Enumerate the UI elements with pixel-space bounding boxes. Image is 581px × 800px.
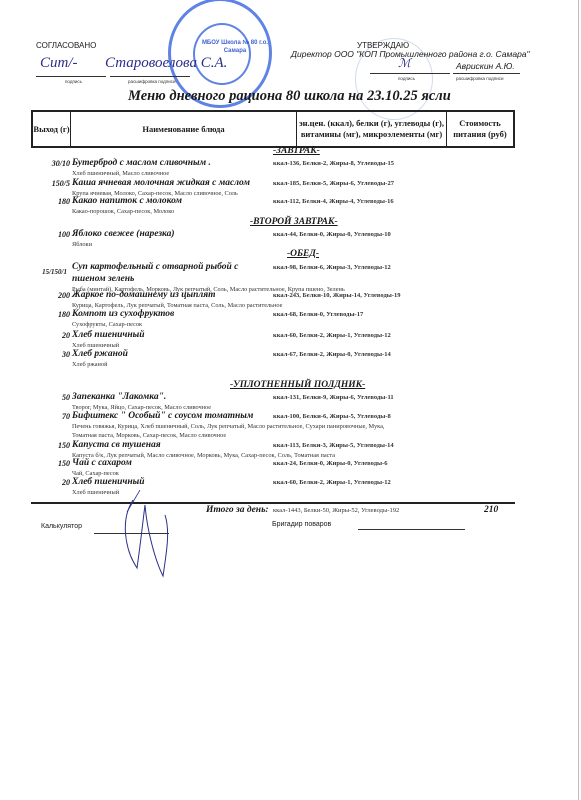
section-title: -УПЛОТНЕННЫЙ ПОЛДНИК-	[230, 380, 365, 390]
director-signature-caption: подпись	[398, 76, 415, 81]
item-ingredients: Творог, Мука, Яйцо, Сахар-песок, Масло с…	[72, 404, 211, 411]
item-ingredients: Хлеб ржаной	[72, 361, 107, 368]
item-nutrition: ккал-185, Белки-5, Жиры-6, Углеводы-27	[273, 180, 394, 187]
agreed-signature: Сит/-	[40, 55, 78, 72]
item-yield: 200	[30, 291, 70, 300]
column-cost: Стоимость питания (руб)	[447, 112, 513, 146]
item-yield: 150	[30, 459, 70, 468]
item-nutrition: ккал-100, Белки-6, Жиры-5, Углеводы-8	[273, 413, 391, 420]
item-name: Хлеб пшеничный	[72, 330, 145, 340]
calculator-label: Калькулятор	[41, 523, 82, 530]
item-yield: 20	[30, 478, 70, 487]
agreed-label: СОГЛАСОВАНО	[36, 41, 96, 50]
item-name: Яблоко свежее (нарезка)	[72, 229, 175, 239]
item-name: Хлеб ржаной	[72, 349, 128, 359]
item-nutrition: ккал-136, Белки-2, Жиры-8, Углеводы-15	[273, 160, 394, 167]
director-name: Аврискин А.Ю.	[456, 61, 515, 71]
director-name-caption: расшифровка подписи	[456, 76, 503, 81]
item-yield: 30/10	[30, 159, 70, 168]
item-nutrition: ккал-60, Белки-2, Жиры-1, Углеводы-12	[273, 332, 391, 339]
item-yield: 20	[30, 331, 70, 340]
item-ingredients: Хлеб пшеничный	[72, 342, 119, 349]
name-line	[110, 76, 190, 77]
chief-label: Бригадир поваров	[272, 521, 331, 528]
item-nutrition: ккал-243, Белки-10, Жиры-14, Углеводы-19	[273, 292, 400, 299]
column-yield: Выход (г)	[33, 112, 71, 146]
item-ingredients: Курица, Картофель, Лук репчатый, Томатна…	[72, 302, 282, 309]
item-nutrition: ккал-113, Белки-3, Жиры-5, Углеводы-14	[273, 442, 394, 449]
director-signature-line	[370, 73, 450, 74]
item-ingredients: Какао-порошок, Сахар-песок, Молоко	[72, 208, 174, 215]
item-nutrition: ккал-60, Белки-2, Жиры-1, Углеводы-12	[273, 479, 391, 486]
item-name: Каша ячневая молочная жидкая с маслом	[72, 178, 250, 188]
page-edge	[578, 0, 579, 800]
item-name: Хлеб пшеничный	[72, 477, 145, 487]
director-name-line	[453, 73, 520, 74]
total-label: Итого за день:	[206, 505, 269, 515]
director-signature: ℳ	[398, 56, 411, 71]
signature-caption: подпись	[65, 79, 82, 84]
signature-line	[36, 76, 106, 77]
item-name: Чай с сахаром	[72, 458, 132, 468]
item-yield: 150	[30, 441, 70, 450]
item-name: Капуста св тушеная	[72, 440, 161, 450]
table-header: Выход (г) Наименование блюда эн.цен. (кк…	[31, 110, 515, 148]
item-yield: 180	[30, 310, 70, 319]
section-title: -ОБЕД-	[287, 249, 319, 259]
item-yield: 50	[30, 393, 70, 402]
item-nutrition: ккал-112, Белки-4, Жиры-4, Углеводы-16	[273, 198, 394, 205]
item-name: Компот из сухофруктов	[72, 309, 174, 319]
item-name: Какао напиток с молоком	[72, 196, 182, 206]
item-ingredients: Чай, Сахар-песок	[72, 470, 119, 477]
name-caption: расшифровка подписи	[128, 79, 175, 84]
item-nutrition: ккал-67, Белки-2, Жиры-0, Углеводы-14	[273, 351, 391, 358]
section-title: -ЗАВТРАК-	[273, 146, 320, 156]
item-yield: 15/150/1	[27, 268, 67, 276]
item-ingredients: Хлеб пшеничный, Масло сливочное	[72, 170, 169, 177]
item-nutrition: ккал-24, Белки-0, Жиры-0, Углеводы-6	[273, 460, 387, 467]
column-nutrition: эн.цен. (ккал), белки (г), углеводы (г),…	[297, 112, 447, 146]
item-name: Бутерброд с маслом сливочным .	[72, 158, 211, 168]
column-dish: Наименование блюда	[71, 112, 297, 146]
item-name: Бифштекс " Особый" с соусом томатным	[72, 411, 253, 421]
item-ingredients: Печень говяжья, Курица, Хлеб пшеничный, …	[72, 423, 384, 430]
item-nutrition: ккал-98, Белки-6, Жиры-3, Углеводы-12	[273, 264, 391, 271]
item-ingredients: Яблоки	[72, 241, 92, 248]
item-name-cont: пшеном зелень	[72, 274, 134, 284]
table-bottom-rule	[31, 502, 515, 504]
item-yield: 70	[30, 412, 70, 421]
agreed-signature-name: Старовоелова С.А.	[105, 55, 227, 72]
page-title: Меню дневного рациона 80 школа на 23.10.…	[128, 88, 451, 105]
item-yield: 150/5	[30, 179, 70, 188]
calculator-signature	[115, 490, 185, 580]
total-cost: 210	[484, 505, 498, 515]
item-ingredients: Сухофрукты, Сахар-песок	[72, 321, 142, 328]
item-nutrition: ккал-131, Белки-9, Жиры-6, Углеводы-11	[273, 394, 394, 401]
item-yield: 100	[30, 230, 70, 239]
item-name: Запеканка "Лакомка".	[72, 392, 166, 402]
item-ingredients: Хлеб пшеничный	[72, 489, 119, 496]
item-nutrition: ккал-68, Белки-0, Углеводы-17	[273, 311, 363, 318]
item-yield: 180	[30, 197, 70, 206]
item-nutrition: ккал-44, Белки-0, Жиры-0, Углеводы-10	[273, 231, 391, 238]
chief-signature-line	[358, 529, 465, 530]
item-ingredients-cont: Томатная паста, Морковь, Сахар-песок, Ма…	[72, 432, 226, 439]
item-yield: 30	[30, 350, 70, 359]
item-name: Жаркое по-домашнему из цыплят	[72, 290, 216, 300]
section-title: -ВТОРОЙ ЗАВТРАК-	[250, 217, 338, 227]
item-name: Суп картофельный с отварной рыбой с	[72, 262, 238, 272]
total-value: ккал-1443, Белки-50, Жиры-52, Углеводы-1…	[273, 507, 399, 514]
